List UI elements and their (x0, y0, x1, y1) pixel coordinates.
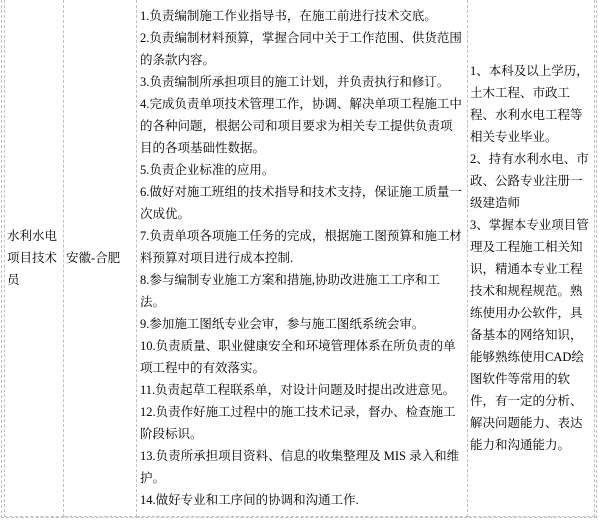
location-text: 安徽-合肥 (66, 251, 120, 265)
list-item: 2、持有水利水电、市政、公路专业注册一级建造师 (470, 148, 593, 214)
responsibilities-cell: 1.负责编制施工作业指导书，在施工前进行技术交底。2.负责编制材料预算，掌握合同… (137, 0, 468, 517)
list-item: 13.负责所承担项目资料、信息的收集整理及 MIS 录入和维护。 (140, 445, 464, 489)
location-cell: 安徽-合肥 (64, 0, 137, 517)
list-item: 9.参加施工图纸专业会审，参与施工图纸系统会审。 (140, 313, 464, 335)
list-item: 4.完成负责单项技术管理工作，协调、解决单项工程施工中的各种问题，根据公司和项目… (140, 93, 464, 159)
list-item: 1、本科及以上学历，土木工程、市政工程、水利水电工程等相关专业毕业。 (470, 60, 593, 148)
list-item: 5.负责企业标准的应用。 (140, 159, 464, 181)
list-item: 14.做好专业和工序间的协调和沟通工作. (140, 489, 464, 511)
job-row: 水利水电项目技术员 安徽-合肥 1.负责编制施工作业指导书，在施工前进行技术交底… (5, 0, 595, 517)
list-item: 3.负责编制所承担项目的施工计划，并负责执行和修订。 (140, 71, 464, 93)
list-item: 10.负责质量、职业健康安全和环境管理体系在所负责的单项工程中的有效落实。 (140, 335, 464, 379)
responsibilities-list: 1.负责编制施工作业指导书，在施工前进行技术交底。2.负责编制材料预算，掌握合同… (140, 5, 464, 511)
list-item: 7.负责单项各项施工任务的完成，根据施工图预算和施工材料预算对项目进行成本控制. (140, 225, 464, 269)
list-item: 8.参与编制专业施工方案和措施,协助改进施工工序和工法。 (140, 269, 464, 313)
position-title: 水利水电项目技术员 (7, 229, 57, 287)
list-item: 1.负责编制施工作业指导书，在施工前进行技术交底。 (140, 5, 464, 27)
list-item: 12.负责作好施工过程中的施工技术记录，督办、检查施工阶段标识。 (140, 401, 464, 445)
requirements-list: 1、本科及以上学历，土木工程、市政工程、水利水电工程等相关专业毕业。2、持有水利… (470, 60, 593, 456)
list-item: 11.负责起草工程联系单，对设计问题及时提出改进意见。 (140, 379, 464, 401)
list-item: 3、掌握本专业项目管理及工程施工相关知识，精通本专业工程技术和规程规范。熟练使用… (470, 214, 593, 456)
list-item: 2.负责编制材料预算，掌握合同中关于工作范围、供货范围的条款内容。 (140, 27, 464, 71)
requirements-cell: 1、本科及以上学历，土木工程、市政工程、水利水电工程等相关专业毕业。2、持有水利… (468, 0, 595, 517)
list-item: 6.做好对施工班组的技术指导和技术支持，保证施工质量一次成优。 (140, 181, 464, 225)
job-table: 水利水电项目技术员 安徽-合肥 1.负责编制施工作业指导书，在施工前进行技术交底… (4, 0, 595, 517)
position-cell: 水利水电项目技术员 (5, 0, 64, 517)
job-table-fragment: 水利水电项目技术员 安徽-合肥 1.负责编制施工作业指导书，在施工前进行技术交底… (1, 0, 597, 518)
